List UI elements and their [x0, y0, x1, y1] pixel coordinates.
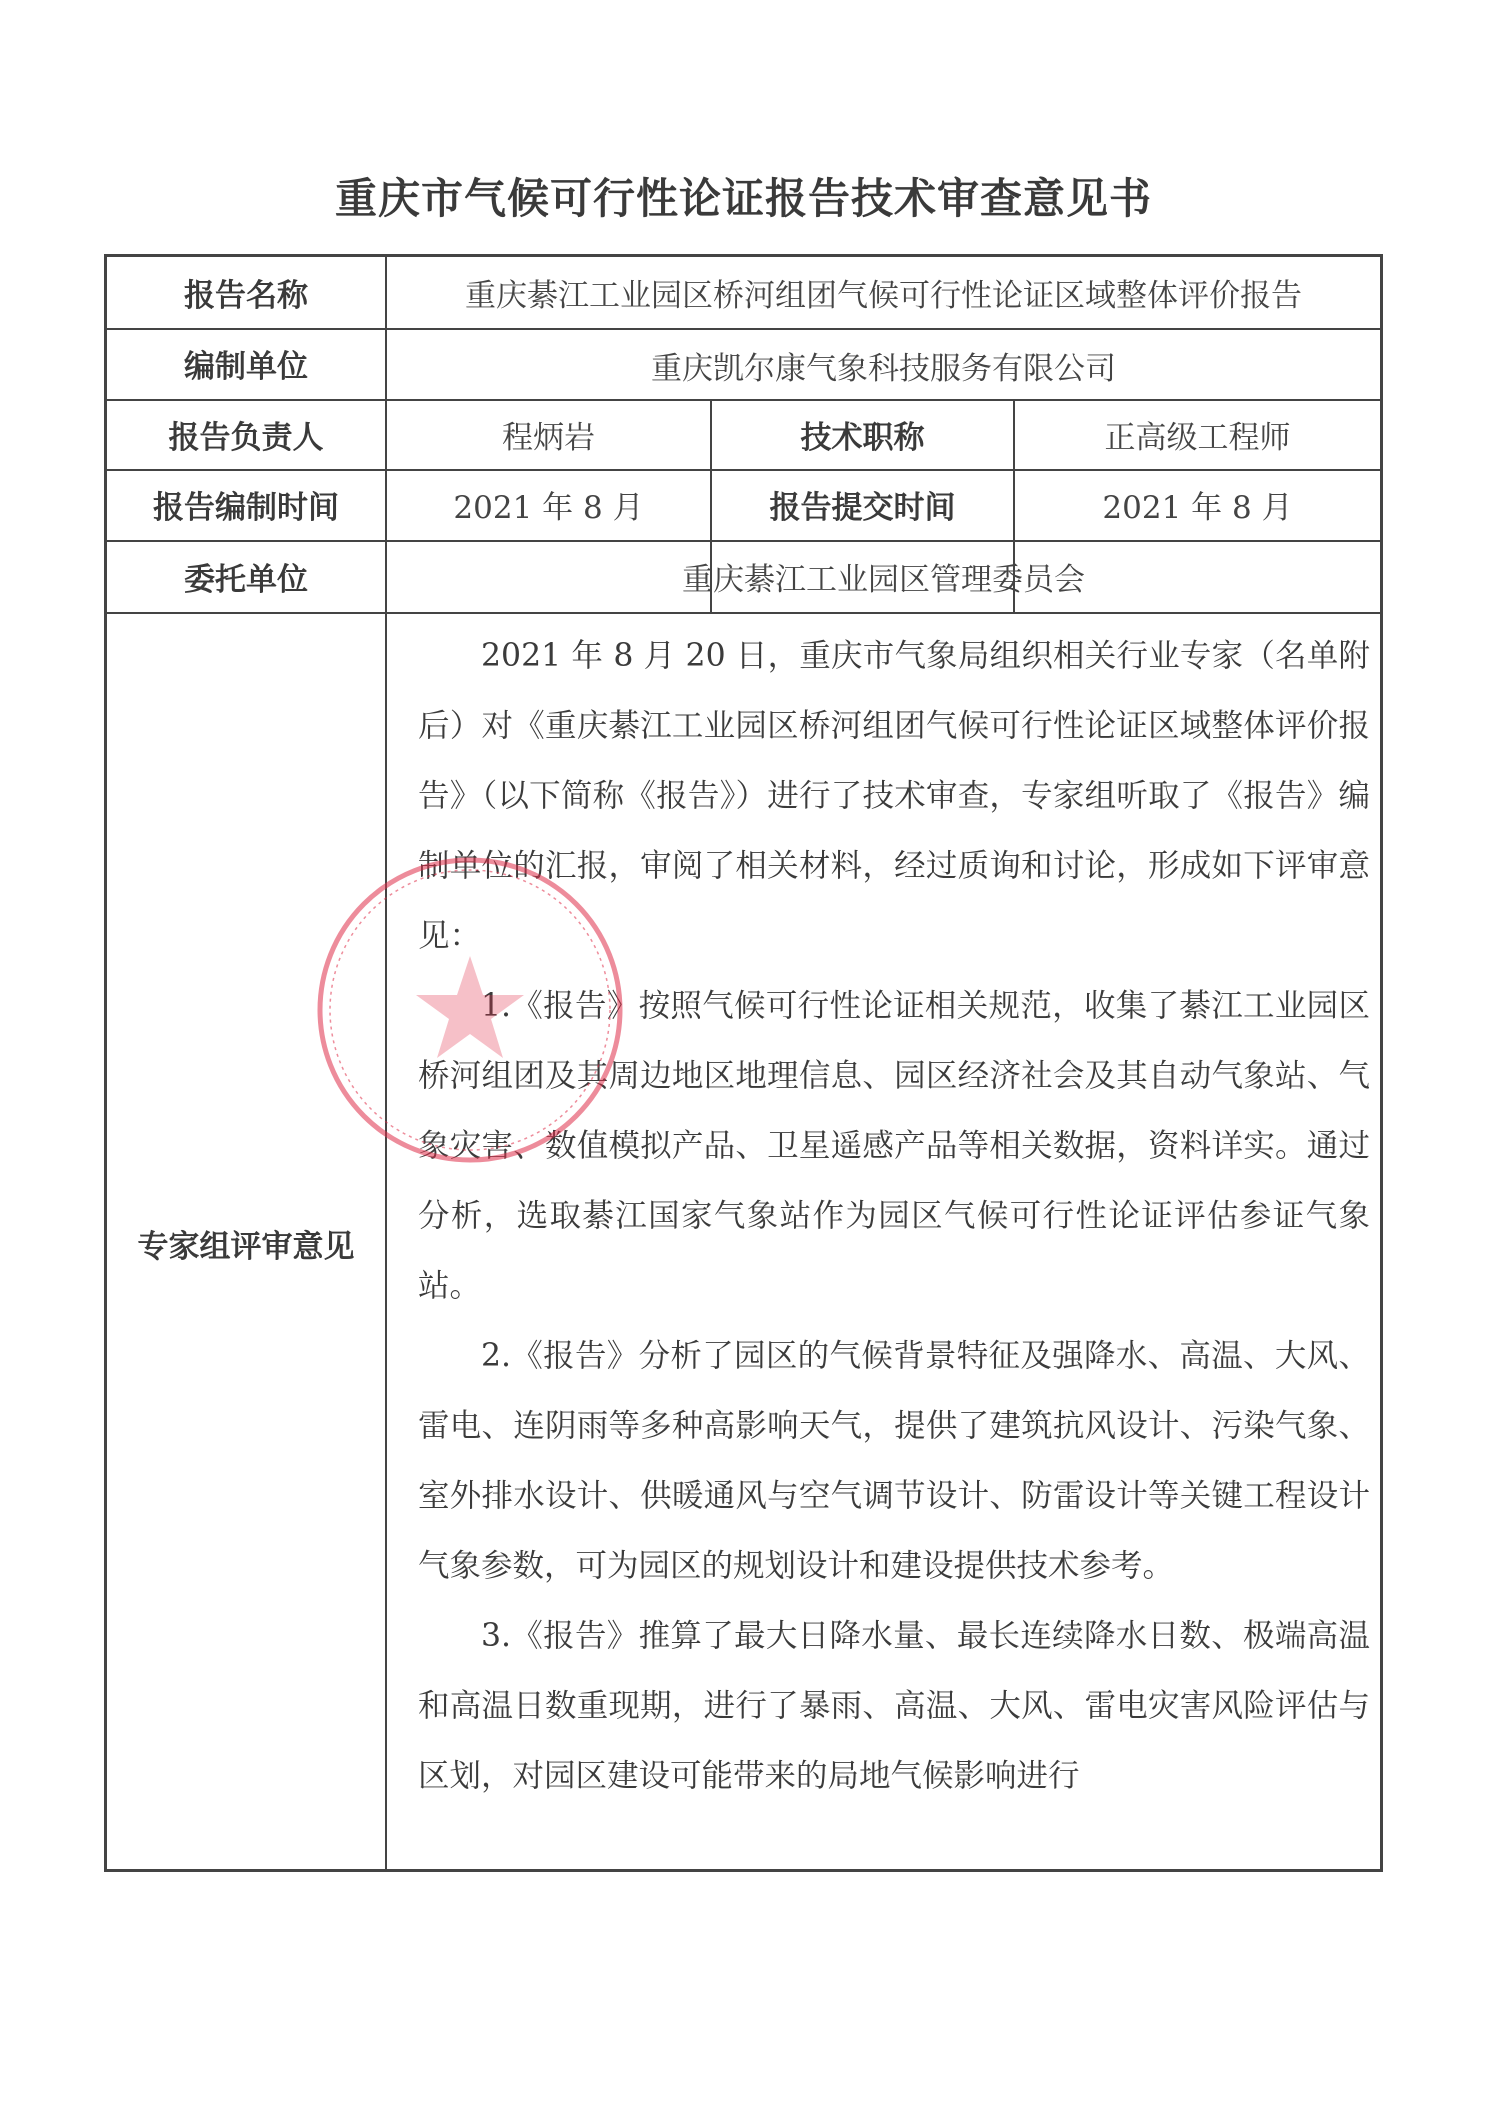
value-owner: 程炳岩	[387, 399, 710, 469]
value-client: 重庆綦江工业园区管理委员会	[387, 540, 1380, 612]
opinion-paragraph-intro: 2021 年 8 月 20 日，重庆市气象局组织相关行业专家（名单附后）对《重庆…	[418, 621, 1370, 971]
label-client: 委托单位	[107, 540, 385, 612]
value-report-name: 重庆綦江工业园区桥河组团气候可行性论证区域整体评价报告	[387, 257, 1380, 328]
document-title: 重庆市气候可行性论证报告技术审查意见书	[0, 166, 1487, 226]
label-compiler: 编制单位	[107, 328, 385, 399]
opinion-paragraph-1: 1.《报告》按照气候可行性论证相关规范，收集了綦江工业园区桥河组团及其周边地区地…	[418, 971, 1370, 1321]
label-report-name: 报告名称	[107, 257, 385, 328]
label-compile-time: 报告编制时间	[107, 469, 385, 540]
opinion-paragraph-3: 3.《报告》推算了最大日降水量、最长连续降水日数、极端高温和高温日数重现期，进行…	[418, 1601, 1370, 1811]
review-table: 报告名称 重庆綦江工业园区桥河组团气候可行性论证区域整体评价报告 编制单位 重庆…	[104, 254, 1383, 1872]
value-compiler: 重庆凯尔康气象科技服务有限公司	[387, 330, 1380, 401]
label-submit-time: 报告提交时间	[712, 469, 1013, 540]
value-title-rank: 正高级工程师	[1015, 399, 1380, 469]
label-expert-opinion: 专家组评审意见	[107, 614, 385, 1872]
opinion-paragraph-2: 2.《报告》分析了园区的气候背景特征及强降水、高温、大风、雷电、连阴雨等多种高影…	[418, 1321, 1370, 1601]
expert-opinion-text: 2021 年 8 月 20 日，重庆市气象局组织相关行业专家（名单附后）对《重庆…	[418, 621, 1370, 1811]
label-title-rank: 技术职称	[712, 399, 1013, 469]
label-owner: 报告负责人	[107, 399, 385, 469]
value-compile-time: 2021 年 8 月	[387, 469, 710, 540]
value-submit-time: 2021 年 8 月	[1015, 469, 1380, 540]
